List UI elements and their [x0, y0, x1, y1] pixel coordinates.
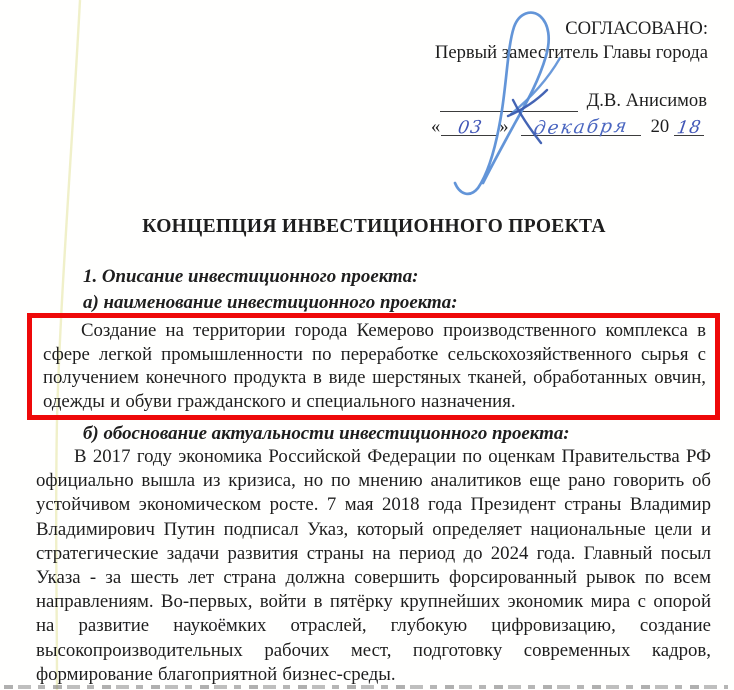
paragraph-b-line: направлениям. Во-первых, войти в пятёрку… [36, 590, 711, 614]
paragraph-a-line: одежды и обуви гражданского и специально… [43, 390, 706, 414]
paragraph-b-line: формирование благоприятной бизнес-среды. [36, 663, 711, 687]
approval-block: СОГЛАСОВАНО: Первый заместитель Главы го… [435, 17, 708, 64]
document-title: КОНЦЕПЦИЯ ИНВЕСТИЦИОННОГО ПРОЕКТА [36, 216, 712, 238]
paragraph-b-line: на развитие наукоёмких отраслей, глубоку… [36, 614, 711, 638]
paragraph-b-line: Указа - за шесть лет страна должна совер… [36, 566, 711, 590]
highlight-box: Создание на территории города Кемерово п… [27, 313, 720, 420]
paragraph-b: В 2017 году экономика Российской Федерац… [36, 445, 711, 687]
paragraph-a-line: получением конечного продукта в виде шер… [43, 366, 706, 390]
paragraph-b-line: стратегические задачи развития страны на… [36, 542, 711, 566]
handwritten-day: 03 [456, 120, 483, 138]
date-year-prefix: 20 [651, 117, 670, 136]
date-month-blank: декабря [521, 116, 641, 136]
paragraph-a-line: сфере легкой промышленности по переработ… [43, 343, 706, 367]
item-a-heading: а) наименование инвестиционного проекта: [83, 292, 458, 314]
approval-position-title: Первый заместитель Главы города [435, 41, 708, 65]
date-quote-close: » [499, 117, 508, 136]
paragraph-a-line: Создание на территории города Кемерово п… [43, 319, 706, 343]
handwritten-year: 18 [676, 120, 703, 138]
paragraph-b-line: официально вышла из кризиса, но по мнени… [36, 469, 711, 493]
section-1-heading: 1. Описание инвестиционного проекта: [83, 266, 418, 288]
document-page: СОГЛАСОВАНО: Первый заместитель Главы го… [0, 0, 734, 690]
cutoff-text-artifact [4, 685, 728, 689]
paragraph-b-line: Владимирович Путин подписал Указ, которы… [36, 518, 711, 542]
date-day-blank: 03 [441, 116, 498, 136]
date-year-blank: 18 [674, 116, 704, 136]
paragraph-b-line: устойчивом экономическом росте. 7 мая 20… [36, 493, 711, 517]
date-row: « 03 » декабря 20 18 [431, 116, 704, 136]
item-b-heading: б) обоснование актуальности инвестиционн… [83, 423, 570, 445]
signature-blank-line [440, 92, 578, 112]
handwritten-month: декабря [532, 118, 629, 137]
paragraph-b-line: высокопроизводительных рабочих мест, под… [36, 639, 711, 663]
signature-row: Д.В. Анисимов [440, 90, 707, 112]
date-quote-open: « [431, 117, 440, 136]
signatory-name: Д.В. Анисимов [587, 90, 707, 112]
paragraph-b-line: В 2017 году экономика Российской Федерац… [36, 445, 711, 469]
approval-label: СОГЛАСОВАНО: [435, 17, 708, 41]
